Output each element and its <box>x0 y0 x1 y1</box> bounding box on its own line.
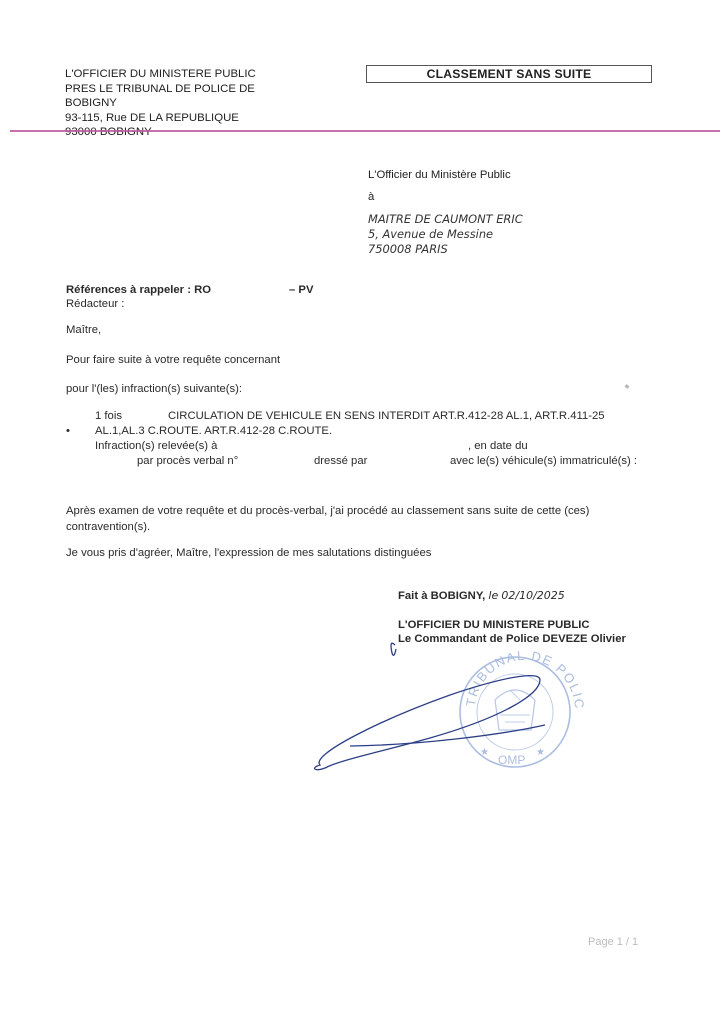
redacteur-label: Rédacteur : <box>66 297 211 311</box>
sender-line: 93000 BOBIGNY <box>65 125 256 140</box>
intro-text: Pour faire suite à votre requête concern… <box>66 353 280 367</box>
svg-text:OMP: OMP <box>498 753 525 767</box>
infraction-description-line2: AL.1,AL.3 C.ROUTE. ART.R.412-28 C.ROUTE. <box>95 424 332 439</box>
references-label: Références à rappeler : RO <box>66 284 211 296</box>
header-divider <box>10 130 720 132</box>
sender-line: PRES LE TRIBUNAL DE POLICE DE <box>65 82 256 97</box>
from-label: L'Officier du Ministère Public <box>368 168 523 182</box>
recipient-address-line1: 5, Avenue de Messine <box>368 227 523 242</box>
dresse-par-label: dressé par <box>314 454 367 469</box>
signature-date: 02/10/2025 <box>501 589 564 602</box>
date-prefix: le <box>488 589 498 602</box>
closing-formula: Je vous pris d'agréer, Maître, l'express… <box>66 546 431 560</box>
sender-line: 93-115, Rue DE LA REPUBLIQUE <box>65 111 256 126</box>
signatory-title: L'OFFICIER DU MINISTERE PUBLIC <box>398 618 626 632</box>
recipient-address-line2: 750008 PARIS <box>368 242 523 257</box>
references-block: Références à rappeler : RO – PV Rédacteu… <box>66 283 211 311</box>
sender-line: L'OFFICIER DU MINISTERE PUBLIC <box>65 67 256 82</box>
releve-label: Infraction(s) relevée(s) à <box>95 440 217 452</box>
infraction-details: 1 fois CIRCULATION DE VEHICULE EN SENS I… <box>95 409 332 469</box>
bullet-marker: • <box>66 424 70 438</box>
salutation: Maître, <box>66 323 101 337</box>
infractions-intro: pour l'(les) infraction(s) suivante(s): <box>66 382 242 396</box>
to-word: à <box>368 190 523 204</box>
sender-address-block: L'OFFICIER DU MINISTERE PUBLIC PRES LE T… <box>65 67 256 140</box>
date-label: , en date du <box>468 439 528 454</box>
scan-mark <box>625 384 630 389</box>
pv-number-label: par procès verbal n° <box>137 454 238 469</box>
infraction-description-line1: CIRCULATION DE VEHICULE EN SENS INTERDIT… <box>168 409 605 424</box>
vehicle-label: avec le(s) véhicule(s) immatriculé(s) : <box>450 454 637 469</box>
recipient-name: MAITRE DE CAUMONT ERIC <box>368 212 523 227</box>
pv-reference-label: – PV <box>289 283 314 297</box>
stamp-icon: TRIBUNAL DE POLICE DE BOBIGNY OMP ★ ★ <box>300 640 587 767</box>
decision-text: Après examen de votre requête et du proc… <box>66 503 666 535</box>
place-label: Fait à BOBIGNY, <box>398 590 485 602</box>
svg-text:★: ★ <box>536 747 545 758</box>
svg-text:TRIBUNAL DE POLICE DE BOBIGNY: TRIBUNAL DE POLICE DE BOBIGNY <box>300 640 587 710</box>
signature-block: Fait à BOBIGNY, le 02/10/2025 L'OFFICIER… <box>398 589 626 646</box>
document-type-title: CLASSEMENT SANS SUITE <box>366 65 652 83</box>
recipient-block: L'Officier du Ministère Public à MAITRE … <box>368 168 523 257</box>
svg-text:★: ★ <box>480 747 489 758</box>
sender-line: BOBIGNY <box>65 96 256 111</box>
infraction-count: 1 fois <box>95 410 122 422</box>
official-stamp-and-signature: TRIBUNAL DE POLICE DE BOBIGNY OMP ★ ★ <box>300 640 600 780</box>
page-number: Page 1 / 1 <box>588 935 638 949</box>
